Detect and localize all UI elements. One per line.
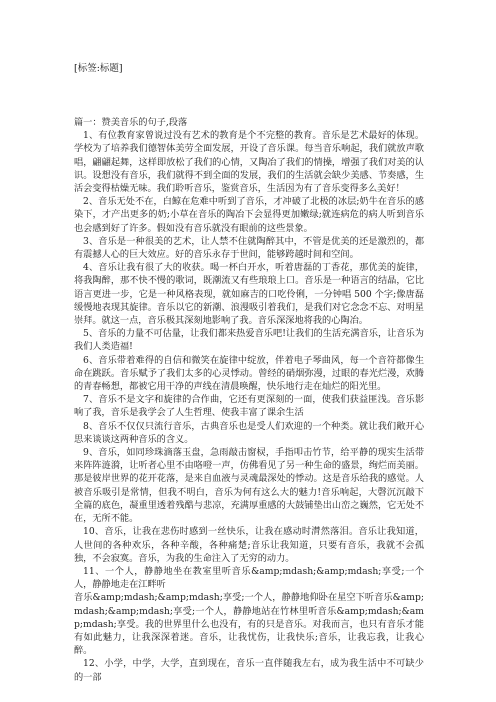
paragraph-12: 12、小学，中学，大学，直到现在，音乐一直伴随我左右，成为我生活中不可缺少的一部: [74, 657, 424, 683]
paragraph-11: 11、一个人，静静地坐在教室里听音乐&amp;mdash;&amp;mdash;…: [74, 565, 424, 591]
tag-line: [标签:标题]: [74, 63, 123, 75]
paragraph-10: 10、音乐，让我在悲伤时感到一丝快乐，让我在感动时潸然落泪。音乐让我知道，人世间…: [74, 525, 424, 565]
paragraph-7: 7、音乐不是文字和旋律的合作曲，它还有更深刻的一面，使我们获益匪浅。音乐影响了我…: [74, 393, 424, 419]
paragraph-8: 8、音乐不仅仅只流行音乐，古典音乐也是受人们欢迎的一个种类。就让我们敞开心思来谈…: [74, 420, 424, 446]
paragraph-3: 3、音乐是一种很美的艺术，让人禁不住就陶醉其中，不管是优美的还是激烈的，都有震撼…: [74, 235, 424, 261]
paragraph-2: 2、音乐无处不在，白鲸在危难中听到了音乐，才冲破了北极的冰层;奶牛在音乐的感染下…: [74, 195, 424, 235]
document-page: [标签:标题] 篇一：赞美音乐的句子,段落 1、有位教育家曾说过没有艺术的教育是…: [0, 0, 496, 702]
paragraph-1: 1、有位教育家曾说过没有艺术的教育是个不完整的教育。音乐是艺术最好的体现。学校为…: [74, 129, 424, 195]
paragraph-5: 5、音乐的力量不可估量，让我们都来热爱音乐吧!让我们的生活充满音乐，让音乐为我们…: [74, 327, 424, 353]
document-body: 篇一：赞美音乐的句子,段落 1、有位教育家曾说过没有艺术的教育是个不完整的教育。…: [74, 116, 424, 684]
paragraph-4: 4、音乐让我有很了大的收获。喝一杯白开水，听着唐磊的丁香花，那优美的旋律，将我陶…: [74, 261, 424, 327]
paragraph-11-continued: 音乐&amp;mdash;&amp;mdash;享受;一个人，静静地仰卧在星空下…: [74, 591, 424, 657]
section-title: 篇一：赞美音乐的句子,段落: [74, 116, 424, 129]
paragraph-9: 9、音乐，如同珍珠滴落玉盘，急雨敲击窗棂，手指叩击竹节，给平静的现实生活带来阵阵…: [74, 446, 424, 525]
paragraph-6: 6、音乐带着难得的自信和微笑在旋律中绽放，伴着电子琴曲风，每一个音符都像生命在跳…: [74, 354, 424, 394]
